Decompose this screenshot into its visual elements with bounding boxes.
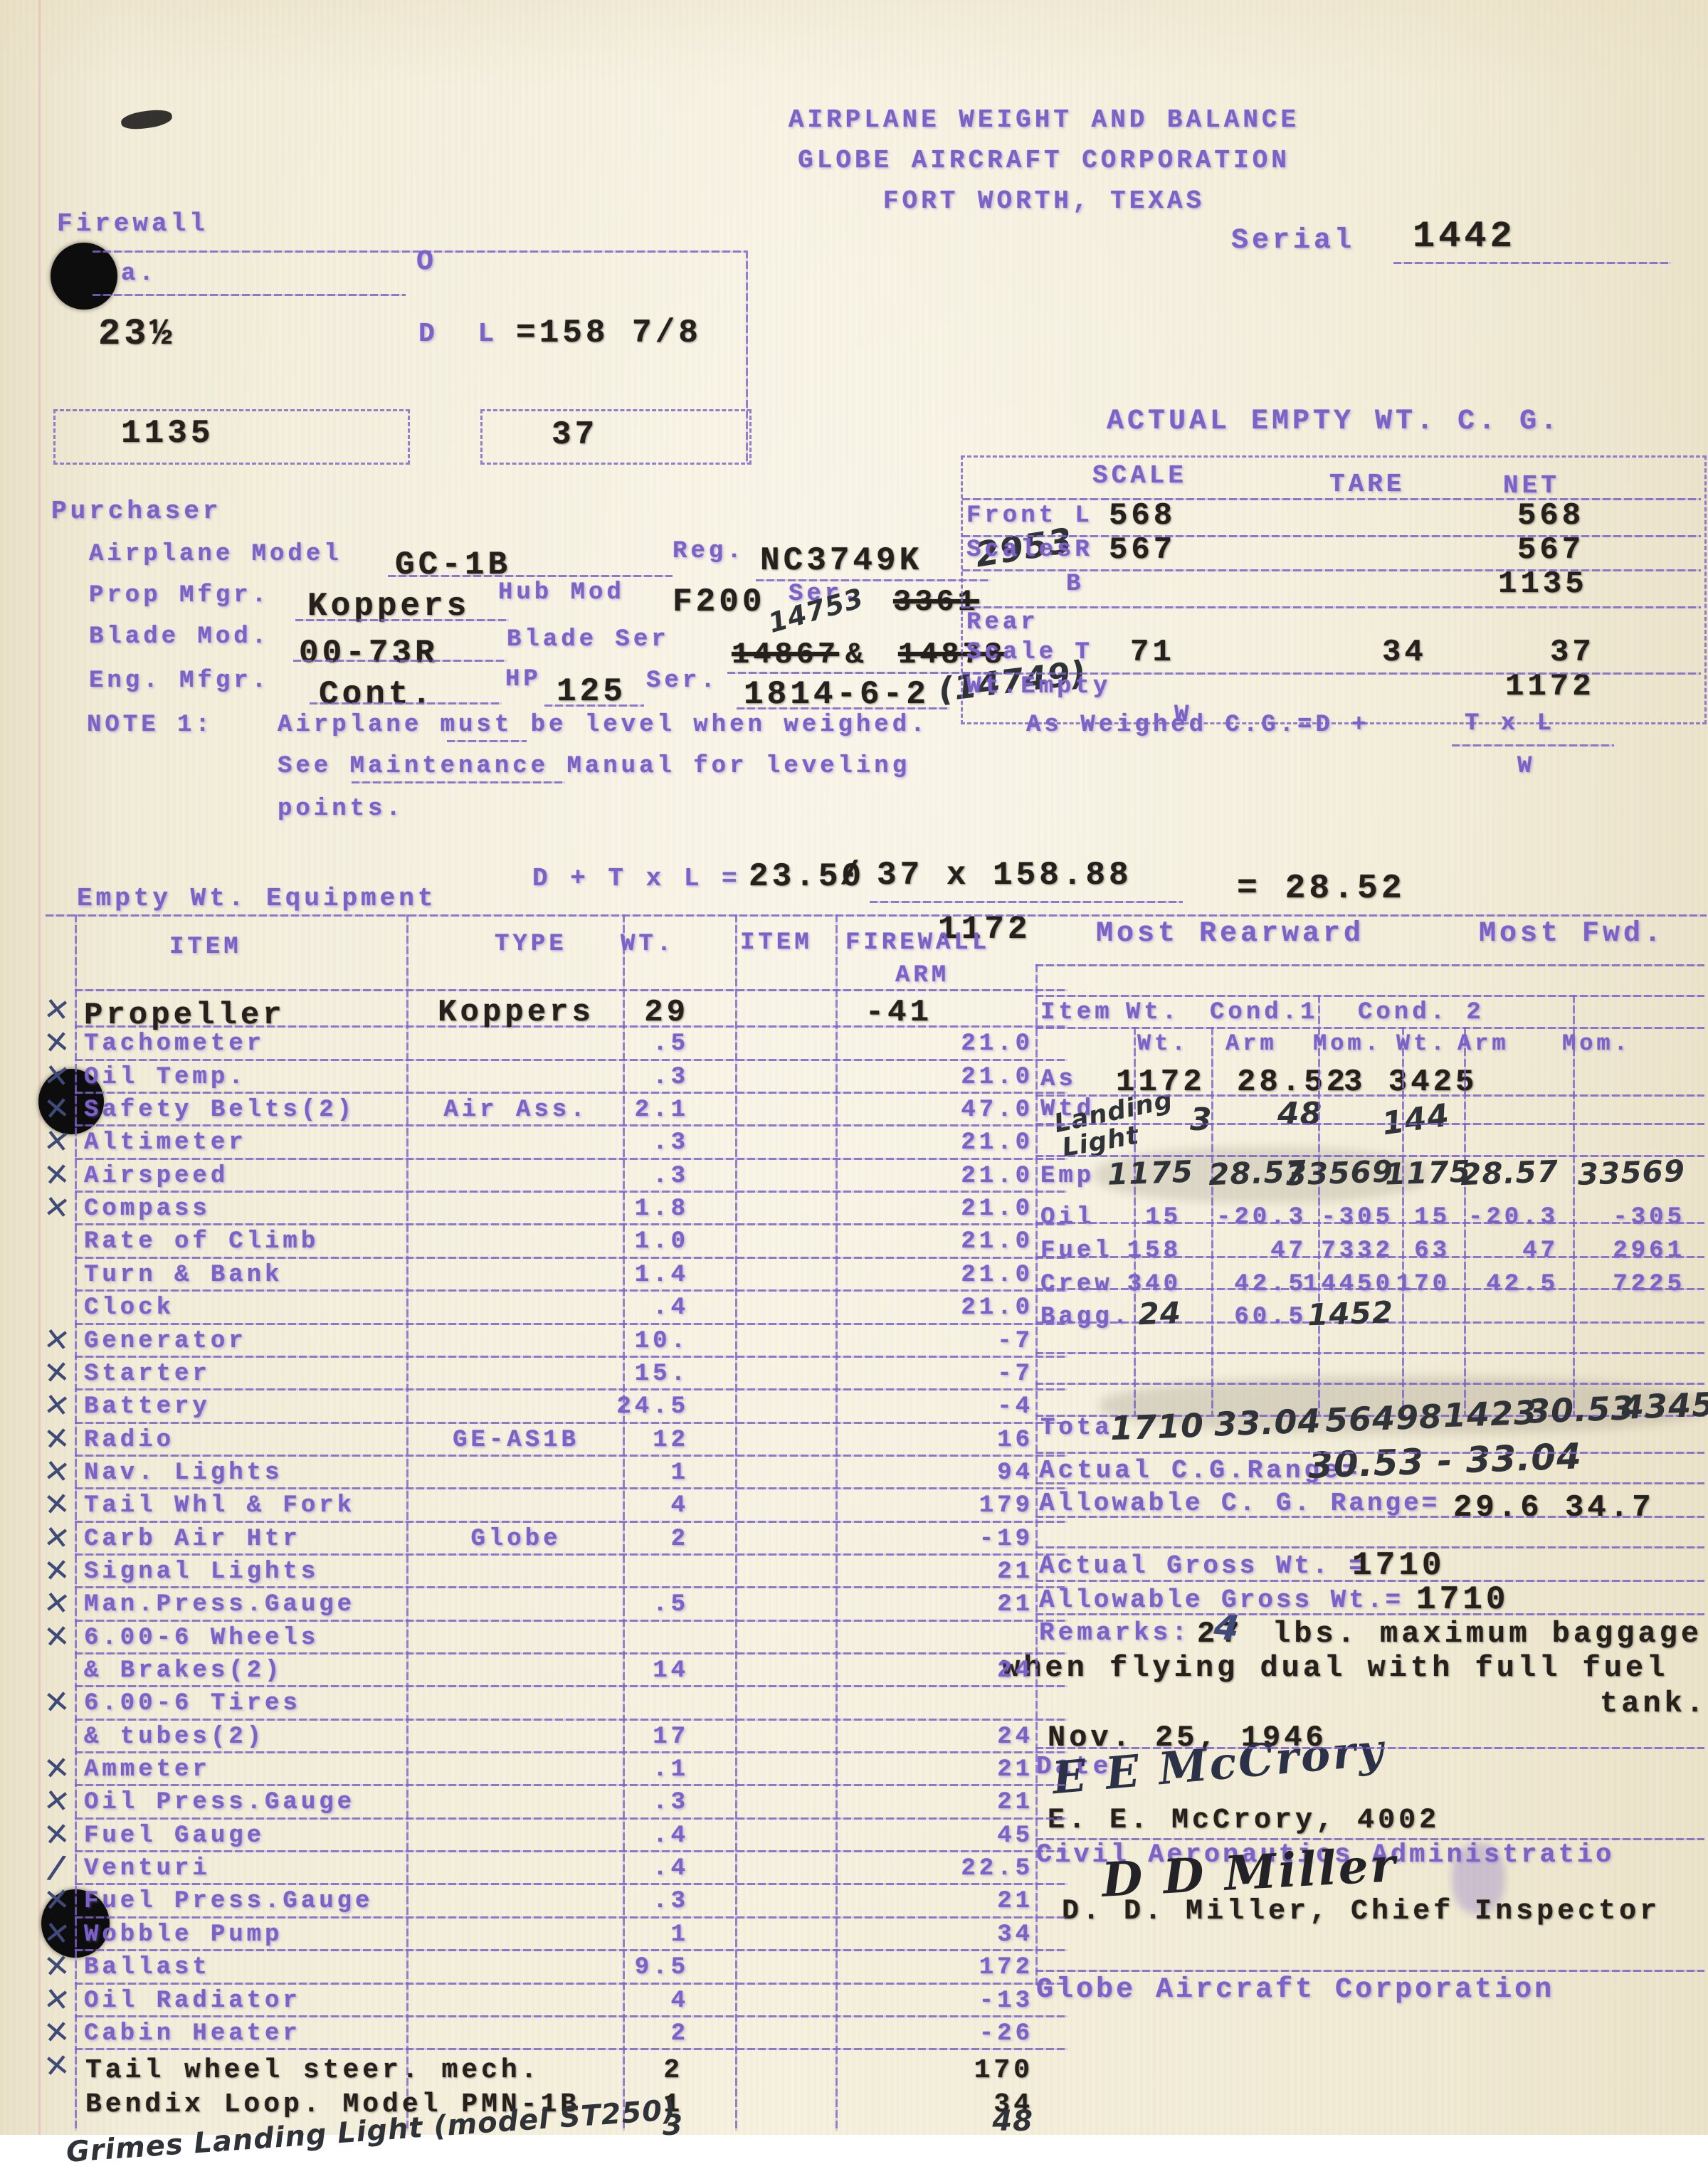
equip-arm: -13 <box>818 1988 1033 2015</box>
scales-r-scale: 567 <box>1109 532 1176 568</box>
equip-arm: 21.0 <box>818 1228 1033 1255</box>
note-line3: points. <box>278 796 404 823</box>
ruled-line <box>1035 1094 1704 1097</box>
equip-arm: 21 <box>818 1756 1033 1783</box>
serial-label: Serial <box>1231 225 1355 257</box>
blade-mod-label: Blade Mod. <box>89 623 270 650</box>
check-x-mark: ✕ <box>33 2046 82 2086</box>
ruled-line <box>1035 1027 1704 1029</box>
left-dimension: 23½ <box>98 313 176 355</box>
equip-wt: 2 <box>541 2020 689 2047</box>
firewall-label: Firewall <box>57 209 209 238</box>
equip-arm: 21 <box>818 1558 1033 1585</box>
ruled-line <box>1035 1546 1704 1548</box>
equip-arm: 22.5 <box>818 1855 1033 1882</box>
equip-item: Radio <box>84 1427 174 1454</box>
balance-h-cond1: Cond.1 <box>1210 999 1318 1026</box>
landing-light-wt: 3 <box>1190 1102 1213 1138</box>
equip-item: Propeller <box>84 998 285 1033</box>
equip-arm: -26 <box>818 2020 1033 2047</box>
reg-value: NC3749K <box>760 542 922 579</box>
equip-wt: 1 <box>541 1460 689 1487</box>
scale-t-tare: 34 <box>1382 635 1427 670</box>
ruled-line <box>75 1883 1067 1885</box>
equip-wt: .3 <box>541 1789 689 1816</box>
check-x-mark: ✕ <box>32 1187 82 1228</box>
balance-cell: 1452 <box>1277 1294 1394 1334</box>
hub-mod-label: Hub Mod <box>498 579 625 606</box>
equip-wt: 1.0 <box>541 1228 689 1255</box>
equip-extra-wt: 2 <box>541 2055 683 2086</box>
equip-wt: .3 <box>541 1064 689 1091</box>
balance-row-label: Emp <box>1040 1163 1095 1190</box>
balance-cell: 170 <box>1385 1271 1450 1298</box>
ruled-line <box>75 1685 1067 1687</box>
ruled-line <box>46 914 1707 917</box>
ruled-line <box>1035 1613 1704 1615</box>
equip-arm: -7 <box>818 1328 1033 1355</box>
ruled-line <box>75 1850 1067 1852</box>
remarks-line3: tank. <box>1600 1687 1707 1721</box>
equip-item: Venturi <box>84 1855 211 1882</box>
station-label: a. <box>121 260 157 287</box>
balance-total-cell: 43450 <box>1620 1384 1708 1427</box>
equip-arm: 21.0 <box>818 1030 1033 1057</box>
punch-hole <box>51 243 117 310</box>
check-x-mark: ✕ <box>33 1682 81 1722</box>
empty-cg-title: ACTUAL EMPTY WT. C. G. <box>1107 406 1561 438</box>
equip-wt: 2.1 <box>541 1097 689 1124</box>
ruled-line <box>75 1356 1067 1358</box>
equip-wt: 4 <box>541 1988 689 2015</box>
formula-result: = 28.52 <box>1237 870 1406 908</box>
equip-item: 6.00-6 Wheels <box>84 1625 319 1652</box>
equip-arm: 47.0 <box>818 1097 1033 1124</box>
equip-item: Airspeed <box>84 1163 228 1190</box>
equip-wt: 10. <box>541 1328 689 1355</box>
eng-ser-label: Ser. <box>646 667 719 695</box>
ruled-line <box>962 498 1701 500</box>
ink-smudge <box>120 107 174 132</box>
serial-value: 1442 <box>1413 216 1516 258</box>
cg-allowable-value: 29.6 34.7 <box>1453 1490 1655 1526</box>
balance-row-label: Oil <box>1040 1204 1095 1231</box>
note-line2: See Maintenance Manual for leveling <box>278 753 910 780</box>
row-b: B <box>1066 571 1084 598</box>
equip-extra-arm: 170 <box>890 2055 1033 2086</box>
equip-arm: 21 <box>818 1789 1033 1816</box>
ruled-line <box>75 1158 1067 1160</box>
ruled-line <box>1035 964 1704 966</box>
balance-h2-wt1: Wt. <box>1137 1030 1189 1057</box>
equip-item: Oil Radiator <box>84 1988 301 2015</box>
ruled-line <box>962 535 1701 537</box>
equip-wt: .4 <box>541 1822 689 1849</box>
ruled-line-vertical <box>1035 964 1038 1985</box>
ruled-line <box>75 1751 1067 1753</box>
equip-arm: 21.0 <box>818 1262 1033 1289</box>
form-location: FORT WORTH, TEXAS <box>756 186 1332 216</box>
equip-wt: .5 <box>541 1591 689 1618</box>
ruled-line <box>1393 262 1671 264</box>
ruled-line <box>1452 744 1614 746</box>
balance-cell: -305 <box>1549 1204 1685 1231</box>
equip-item: 6.00-6 Tires <box>84 1690 301 1717</box>
balance-cell: 2961 <box>1549 1237 1685 1265</box>
equip-arm: 179 <box>818 1492 1033 1519</box>
ruled-line <box>544 704 644 707</box>
reg-label: Reg. <box>673 538 745 565</box>
front-l-scale: 568 <box>1109 498 1176 534</box>
purchaser-label: Purchaser <box>51 497 221 526</box>
note-label: NOTE 1: <box>87 712 213 739</box>
equip-header-wt: WT. <box>621 931 675 958</box>
equip-extra-arm: 48 <box>890 2105 1033 2135</box>
ruled-line <box>388 575 673 577</box>
eng-mfgr-label: Eng. Mfgr. <box>89 667 270 695</box>
equip-item: Generator <box>84 1328 247 1355</box>
equip-wt: 2 <box>541 1526 689 1553</box>
miller-typed: D. D. Miller, Chief Inspector <box>1062 1896 1660 1928</box>
equip-arm: -41 <box>811 995 932 1030</box>
equip-arm: 94 <box>818 1460 1033 1487</box>
ruled-line <box>75 1949 1067 1951</box>
balance-row-label: Crew <box>1040 1271 1113 1298</box>
ruled-line <box>1035 995 1704 997</box>
equip-wt: 9.5 <box>541 1954 689 1981</box>
ruled-line <box>75 1289 1067 1292</box>
balance-cell: 15 <box>1385 1204 1450 1231</box>
equip-wt: 14 <box>541 1657 689 1684</box>
equip-arm: 24 <box>818 1657 1033 1684</box>
balance-cell: 340 <box>1107 1271 1181 1298</box>
equip-wt: .4 <box>541 1855 689 1882</box>
ruled-line <box>75 1916 1067 1919</box>
ruled-line <box>75 1191 1067 1193</box>
ruled-line <box>447 740 527 742</box>
scale-t-scale: 71 <box>1130 635 1175 670</box>
ruled-line <box>1035 1747 1704 1749</box>
equip-header-firewall: FIREWALL <box>845 929 990 956</box>
cg-actual-value: 30.53 - 33.04 <box>1307 1435 1583 1486</box>
col-scale: SCALE <box>1092 461 1187 490</box>
ruled-line <box>1035 1123 1704 1125</box>
balance-cell: 7225 <box>1549 1271 1685 1298</box>
ruled-line <box>1035 1452 1704 1454</box>
equip-item: Cabin Heater <box>84 2020 301 2047</box>
ruled-line <box>75 1257 1067 1259</box>
scale-t-net: 37 <box>1550 635 1595 670</box>
equip-arm: 45 <box>818 1822 1033 1849</box>
ruled-line <box>75 1124 1067 1126</box>
equip-extra-wt: 3 <box>541 2109 683 2135</box>
blade-mod-value: 00-73R <box>299 635 438 672</box>
equip-item: Fuel Press.Gauge <box>84 1888 373 1915</box>
equip-item: Safety Belts(2) <box>84 1097 355 1124</box>
balance-total-cell: 33.04 <box>1213 1401 1322 1443</box>
remarks-line2: when flying dual with full fuel <box>1002 1651 1668 1685</box>
equip-item: Starter <box>84 1361 211 1388</box>
ruled-line <box>962 569 1701 571</box>
balance-cell: 42.5 <box>1449 1271 1559 1298</box>
ruled-line <box>93 294 406 296</box>
balance-col-rearward: Most Rearward <box>1096 918 1364 950</box>
ruled-line <box>75 1620 1067 1622</box>
dl-label: D L <box>418 319 497 349</box>
equip-item: Altimeter <box>84 1129 247 1156</box>
ruled-line <box>75 1092 1067 1094</box>
row-scale-t: Scale T <box>966 639 1093 666</box>
note-frac-num: T x L <box>1465 710 1555 737</box>
equip-wt: .3 <box>541 1888 689 1915</box>
balance-cell: 14450 <box>1278 1271 1393 1298</box>
eng-mfgr-value: Cont. <box>319 676 435 713</box>
equip-item: Clock <box>84 1294 174 1321</box>
equip-wt: .1 <box>541 1756 689 1783</box>
ruled-line <box>75 1323 1067 1325</box>
ruled-line <box>75 1521 1067 1523</box>
equip-item: Nav. Lights <box>84 1460 283 1487</box>
landing-light-arm: 48 <box>1277 1096 1322 1132</box>
formula-lhs: D + T x L = <box>532 864 741 893</box>
globe-org-line: Globe Aircraft Corporation <box>1036 1974 1554 2006</box>
equip-arm: 21.0 <box>818 1196 1033 1223</box>
equip-arm: 21.0 <box>818 1129 1033 1156</box>
ruled-line <box>75 1784 1067 1786</box>
row-scales-r: ScalesR <box>966 537 1093 564</box>
col-net: NET <box>1503 471 1560 500</box>
ruled-line <box>75 1223 1067 1225</box>
ruled-line <box>1035 1383 1704 1385</box>
equip-wt: 4 <box>541 1492 689 1519</box>
remarks-rest: lbs. maximum baggage <box>1272 1617 1702 1651</box>
equip-arm: 21.0 <box>818 1064 1033 1091</box>
weight-box <box>53 409 410 465</box>
blade-ser-label: Blade Ser <box>507 626 670 653</box>
equip-wt: 24.5 <box>541 1393 689 1420</box>
equip-arm: 24 <box>818 1724 1033 1751</box>
equip-arm: 34 <box>818 1921 1033 1948</box>
equip-wt: 29 <box>541 995 689 1030</box>
equip-arm: -19 <box>818 1526 1033 1553</box>
ruled-line-vertical <box>746 250 748 464</box>
equip-item: Battery <box>84 1393 211 1420</box>
row-wt-empty: Wt.Empty <box>966 673 1111 700</box>
hub-mod-value: F200 <box>673 584 765 621</box>
airplane-model-label: Airplane Model <box>89 541 342 568</box>
equip-item: Tail Whl & Fork <box>84 1492 355 1519</box>
equip-arm: -7 <box>818 1361 1033 1388</box>
ruled-line <box>75 1817 1067 1820</box>
balance-col-fwd: Most Fwd. <box>1479 918 1665 950</box>
equip-item: Ballast <box>84 1954 211 1981</box>
equip-item: Compass <box>84 1196 211 1223</box>
equip-item: Oil Press.Gauge <box>84 1789 355 1816</box>
airplane-model-value: GC-1B <box>395 547 511 584</box>
prop-mfgr-label: Prop Mfgr. <box>89 582 270 609</box>
equip-arm: 21 <box>818 1591 1033 1618</box>
balance-row-label: Fuel <box>1040 1237 1113 1265</box>
ruled-line <box>962 672 1701 675</box>
gross-actual-label: Actual Gross Wt. = <box>1039 1551 1367 1580</box>
blade-ser-amp: & <box>845 638 867 672</box>
equip-item: Carb Air Htr <box>84 1526 301 1553</box>
row-rear: Rear <box>966 609 1039 636</box>
ruled-line <box>75 2015 1067 2017</box>
total-label: Tota <box>1040 1415 1113 1442</box>
balance-cell: -305 <box>1278 1204 1393 1231</box>
balance-cell: 28.57 <box>1448 1154 1559 1192</box>
col-tare: TARE <box>1329 470 1405 499</box>
balance-total-cell: 1423 <box>1443 1393 1538 1435</box>
balance-total-cell: 56498 <box>1324 1397 1443 1440</box>
balance-h2-mom1: Mom. <box>1313 1030 1382 1057</box>
balance-cell: 33569 <box>1548 1154 1686 1193</box>
balance-cell: 33569 <box>1277 1154 1394 1193</box>
ruled-line <box>727 672 998 674</box>
remarks-handwritten-4: 4 <box>1212 1605 1241 1649</box>
ruled-line <box>310 702 502 704</box>
equip-arm: 21 <box>818 1888 1033 1915</box>
ruled-line <box>75 1719 1067 1721</box>
ruled-line <box>1035 1482 1704 1484</box>
balance-total-cell: 30.53 <box>1527 1388 1635 1430</box>
formula-numerator: 37 x 158.88 <box>877 857 1132 894</box>
note-as-weighed: As Weighed C.G.=D + <box>1026 712 1370 739</box>
ruled-line <box>75 1388 1067 1390</box>
hp-label: HP <box>505 666 542 693</box>
balance-cell: 63 <box>1385 1237 1450 1265</box>
mccrory-typed: E. E. McCrory, 4002 <box>1048 1805 1440 1837</box>
equip-arm: 16 <box>818 1427 1033 1454</box>
note-line1: Airplane must be level when weighed. <box>278 712 929 739</box>
equip-item: Fuel Gauge <box>84 1822 265 1849</box>
equip-wt: 12 <box>541 1427 689 1454</box>
ruled-line <box>75 1652 1067 1655</box>
remarks-label: Remarks: <box>1039 1618 1191 1647</box>
ruled-line <box>1035 1516 1704 1518</box>
equip-wt: 1.8 <box>541 1196 689 1223</box>
as-wtd-label1: As <box>1040 1066 1077 1093</box>
ruled-line <box>75 1586 1067 1588</box>
balance-cell: 47 <box>1449 1237 1559 1265</box>
equip-arm: -4 <box>818 1393 1033 1420</box>
ruled-line <box>75 1553 1067 1556</box>
ruled-line <box>93 250 746 253</box>
dl-value: =158 7/8 <box>516 315 702 352</box>
ruled-line <box>962 606 1701 608</box>
equip-item: Turn & Bank <box>84 1262 283 1289</box>
ruled-line <box>75 989 1067 991</box>
equip-wt: .3 <box>541 1129 689 1156</box>
ruled-line <box>737 707 950 709</box>
balance-h-wt: Wt. <box>1126 999 1180 1026</box>
gross-actual-value: 1710 <box>1352 1547 1445 1584</box>
ruled-line <box>295 619 509 621</box>
note-frac-den: W <box>1517 753 1535 780</box>
ruled-line <box>756 579 991 581</box>
equip-wt: .3 <box>541 1163 689 1190</box>
balance-cell: 7332 <box>1278 1237 1393 1265</box>
form-company: GLOBE AIRCRAFT CORPORATION <box>756 146 1332 175</box>
equip-header-arm: ARM <box>895 962 949 989</box>
balance-cell: 1175 <box>1107 1154 1182 1192</box>
equip-item: & Brakes(2) <box>84 1657 283 1684</box>
balance-cell: 15 <box>1107 1204 1181 1231</box>
ruled-line <box>75 2048 1067 2050</box>
balance-cell: 24 <box>1107 1295 1182 1333</box>
equip-item: Oil Temp. <box>84 1064 247 1091</box>
formula-slash: / <box>840 857 863 894</box>
tail-box <box>480 409 752 465</box>
equip-item: Signal Lights <box>84 1558 319 1585</box>
equip-wt: .4 <box>541 1294 689 1321</box>
form-title: AIRPLANE WEIGHT AND BALANCE <box>756 105 1332 134</box>
ruled-line <box>75 1983 1067 1985</box>
equip-item: Rate of Climb <box>84 1228 319 1255</box>
ruled-line <box>1035 1580 1704 1582</box>
equip-item: Wobble Pump <box>84 1921 283 1948</box>
ruled-line <box>1035 1970 1704 1972</box>
equip-header-item: ITEM <box>169 934 242 961</box>
balance-h-cond2: Cond. 2 <box>1358 999 1485 1026</box>
b-net: 1135 <box>1498 566 1588 602</box>
front-l-net: 568 <box>1517 498 1584 534</box>
balance-total-cell: 1710 <box>1109 1406 1205 1448</box>
equip-header-type: TYPE <box>495 931 567 958</box>
equip-wt: 1.4 <box>541 1262 689 1289</box>
check-x-mark: ✕ <box>33 1617 81 1657</box>
ruled-line <box>1035 1838 1704 1840</box>
equip-wt: 1 <box>541 1921 689 1948</box>
equip-wt: .5 <box>541 1030 689 1057</box>
equip-arm: 21.0 <box>818 1294 1033 1321</box>
equip-wt: 15. <box>541 1361 689 1388</box>
balance-h-item: Item <box>1040 999 1113 1026</box>
ruled-line <box>75 1422 1067 1424</box>
cg-allowable-label: Allowable C. G. Range= <box>1039 1489 1440 1518</box>
equip-item: Man.Press.Gauge <box>84 1591 355 1618</box>
equip-arm: 21.0 <box>818 1163 1033 1190</box>
scanned-weight-balance-form: AIRPLANE WEIGHT AND BALANCE GLOBE AIRCRA… <box>0 0 1708 2135</box>
blade-ser1-value: 14867 <box>732 638 839 672</box>
equip-title: Empty Wt. Equipment <box>77 884 436 913</box>
balance-h2-arm1: Arm <box>1225 1030 1277 1057</box>
equip-header-item2: ITEM <box>740 929 813 956</box>
equip-arm: 172 <box>818 1954 1033 1981</box>
scales-r-net: 567 <box>1517 532 1584 568</box>
balance-cell: 1175 <box>1384 1154 1451 1191</box>
ruled-line <box>75 1455 1067 1457</box>
ruled-line <box>1035 1352 1704 1354</box>
ruled-line <box>870 901 1183 903</box>
ruled-line <box>75 1059 1067 1061</box>
equip-extra-item: Tail wheel steer. mech. <box>85 2055 541 2086</box>
ruled-line <box>75 1487 1067 1489</box>
equip-item: Ammeter <box>84 1756 211 1783</box>
ruled-line <box>293 660 507 662</box>
balance-cell: -20.3 <box>1449 1204 1559 1231</box>
equip-wt: 17 <box>541 1724 689 1751</box>
ruled-line-vertical <box>735 914 737 2131</box>
landing-light-mom: 144 <box>1380 1097 1452 1143</box>
ruled-line <box>352 781 565 783</box>
equip-item: Tachometer <box>84 1030 265 1057</box>
row-front-l: Front L <box>966 502 1093 529</box>
balance-cell: 158 <box>1107 1237 1181 1265</box>
equip-item: & tubes(2) <box>84 1724 265 1751</box>
